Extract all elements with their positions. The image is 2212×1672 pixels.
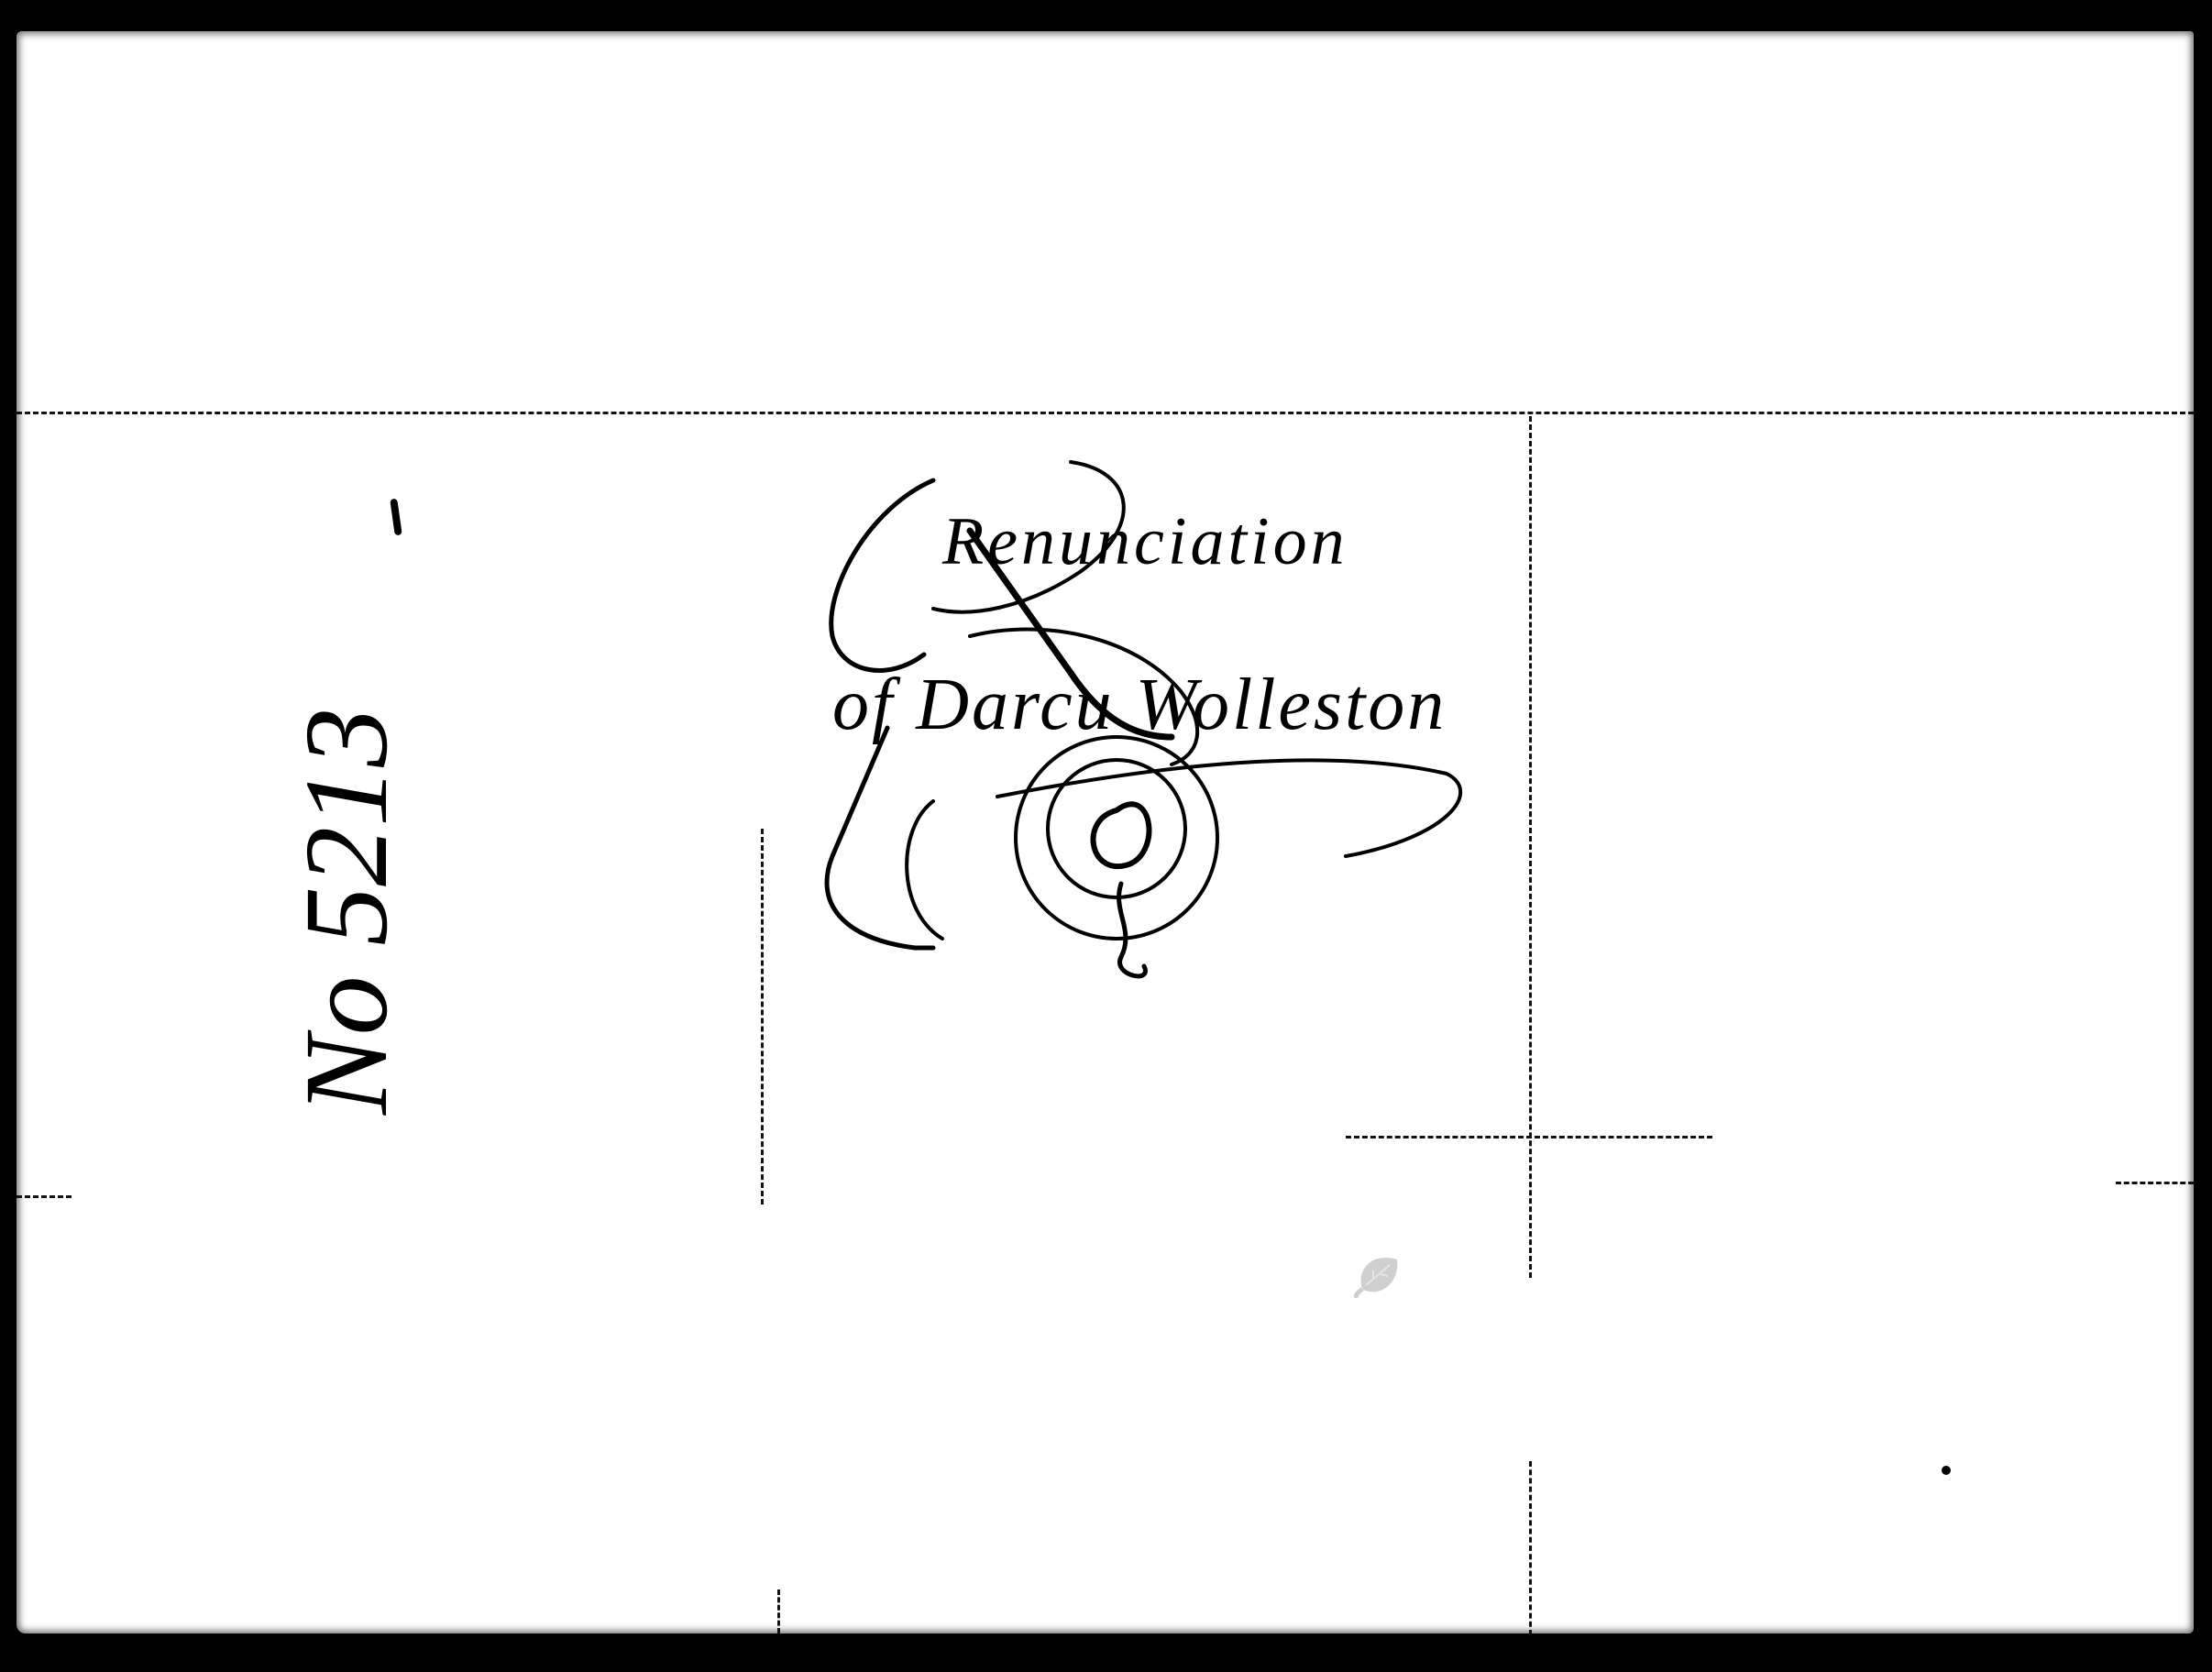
document-page: Renunciation of Darcu Wolleston No 5213: [17, 31, 2194, 1633]
reference-number: No 5213: [273, 636, 420, 1186]
docket-title: Renunciation: [942, 503, 1348, 581]
docket-name: of Darcu Wolleston: [832, 664, 1447, 747]
ink-speck: [1942, 1466, 1951, 1475]
leaf-icon: [1353, 1252, 1401, 1298]
